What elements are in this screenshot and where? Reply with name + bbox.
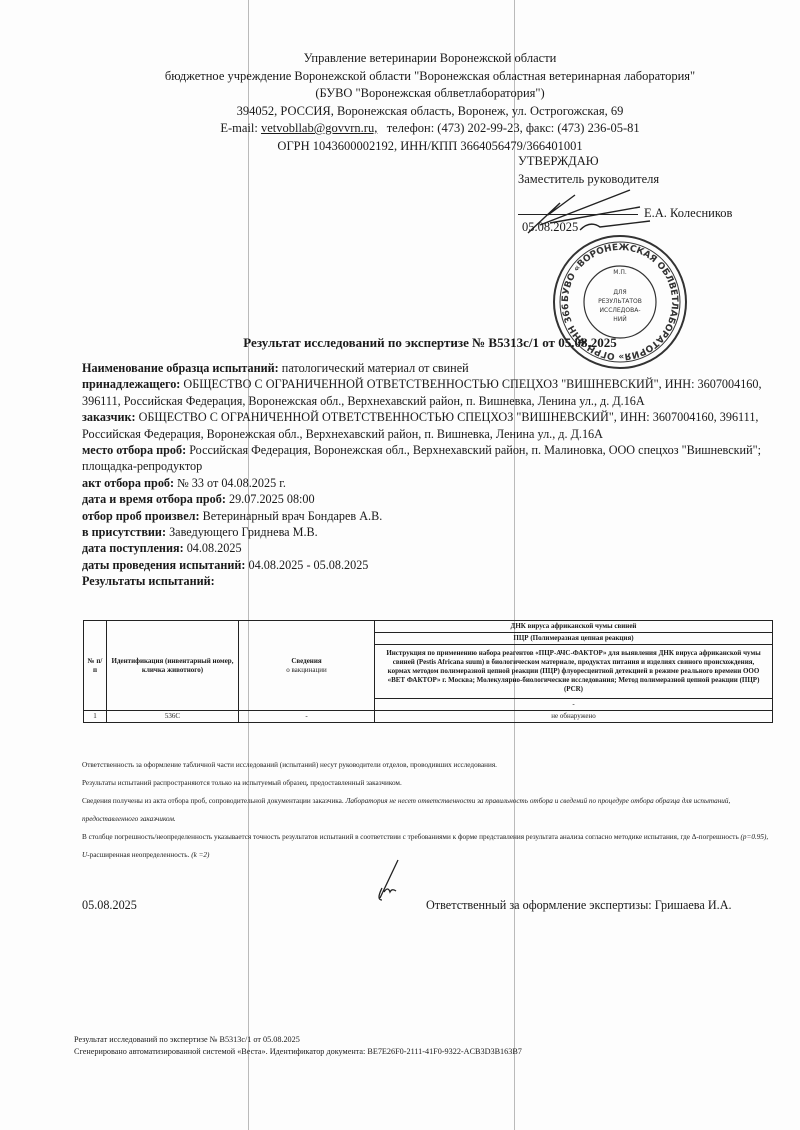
- signature-icon: [520, 185, 660, 235]
- official-stamp-icon: БУВО «ВОРОНЕЖСКАЯ ОБЛВЕТЛАБОРАТОРИЯ» ОГР…: [550, 232, 690, 372]
- phone-fax: телефон: (473) 202-99-23, факс: (473) 23…: [387, 121, 640, 135]
- note-uncertainty: В столбце погрешность/неопределенность у…: [82, 828, 772, 864]
- cell-num: 1: [84, 711, 107, 723]
- cell-vaccination: -: [239, 711, 375, 723]
- header-line-2: бюджетное учреждение Воронежской области…: [100, 68, 760, 86]
- results-table: № п/п Идентификация (инвентарный номер, …: [83, 620, 773, 723]
- svg-text:РЕЗУЛЬТАТОВ: РЕЗУЛЬТАТОВ: [598, 298, 642, 305]
- field-test-dates: даты проведения испытаний: 04.08.2025 - …: [82, 557, 772, 573]
- field-received-date: дата поступления: 04.08.2025: [82, 540, 772, 556]
- email-link[interactable]: vetvobllab@govvrn.ru,: [261, 121, 377, 135]
- document-page: Управление ветеринарии Воронежской облас…: [0, 0, 800, 1130]
- svg-text:М.П.: М.П.: [613, 269, 627, 276]
- header-norm: -: [375, 699, 773, 711]
- header-address: 394052, РОССИЯ, Воронежская область, Вор…: [100, 103, 760, 121]
- sample-details: Наименование образца испытаний: патологи…: [82, 360, 772, 590]
- field-sampling-act: акт отбора проб: № 33 от 04.08.2025 г.: [82, 475, 772, 491]
- document-title: Результат исследований по экспертизе № B…: [100, 335, 760, 351]
- header-num: № п/п: [84, 621, 107, 711]
- email-label: E-mail:: [220, 121, 258, 135]
- approval-label: УТВЕРЖДАЮ: [518, 152, 659, 170]
- header-method: ПЦР (Полимеразная цепная реакция): [375, 633, 773, 645]
- svg-text:НИЙ: НИЙ: [613, 316, 627, 323]
- gen-line-1: Результат исследований по экспертизе № B…: [74, 1034, 522, 1046]
- cell-id: 536C: [107, 711, 239, 723]
- field-sample-name: Наименование образца испытаний: патологи…: [82, 360, 772, 376]
- header-indicator: ДНК вируса африканской чумы свиней: [375, 621, 773, 633]
- header-vaccination: Сведенияо вакцинации: [239, 621, 375, 711]
- svg-text:ДЛЯ: ДЛЯ: [613, 289, 626, 296]
- header-identification: Идентификация (инвентарный номер, кличка…: [107, 621, 239, 711]
- table-row: 1 536C - не обнаружено: [84, 711, 773, 723]
- note-responsibility: Ответственность за оформление табличной …: [82, 756, 772, 774]
- note-scope: Результаты испытаний распространяются то…: [82, 774, 772, 792]
- field-in-presence: в присутствии: Заведующего Гриднева М.В.: [82, 524, 772, 540]
- responsible-signature-icon: [368, 858, 418, 903]
- responsible-person: Ответственный за оформление экспертизы: …: [426, 898, 732, 913]
- approval-block: УТВЕРЖДАЮ Заместитель руководителя Е.А. …: [518, 152, 659, 188]
- field-results-heading: Результаты испытаний:: [82, 573, 772, 589]
- field-owner: принадлежащего: ОБЩЕСТВО С ОГРАНИЧЕННОЙ …: [82, 376, 772, 409]
- header-contacts: E-mail: vetvobllab@govvrn.ru, телефон: (…: [100, 120, 760, 138]
- header-method-document: Инструкция по применению набора реагенто…: [375, 645, 773, 699]
- field-sampled-by: отбор проб произвел: Ветеринарный врач Б…: [82, 508, 772, 524]
- header-line-1: Управление ветеринарии Воронежской облас…: [100, 50, 760, 68]
- note-source: Сведения получены из акта отбора проб, с…: [82, 792, 772, 828]
- generation-info: Результат исследований по экспертизе № B…: [74, 1034, 522, 1058]
- cell-result: не обнаружено: [375, 711, 773, 723]
- letterhead: Управление ветеринарии Воронежской облас…: [100, 50, 760, 155]
- field-customer: заказчик: ОБЩЕСТВО С ОГРАНИЧЕННОЙ ОТВЕТС…: [82, 409, 772, 442]
- footer-date: 05.08.2025: [82, 898, 137, 913]
- header-registration: ОГРН 1043600002192, ИНН/КПП 3664056479/3…: [100, 138, 760, 156]
- field-sampling-datetime: дата и время отбора проб: 29.07.2025 08:…: [82, 491, 772, 507]
- svg-text:ИССЛЕДОВА-: ИССЛЕДОВА-: [600, 307, 641, 314]
- header-line-3: (БУВО "Воронежская облветлаборатория"): [100, 85, 760, 103]
- notes: Ответственность за оформление табличной …: [82, 756, 772, 864]
- gen-line-2: Сгенерировано автоматизированной системо…: [74, 1046, 522, 1058]
- field-sampling-place: место отбора проб: Российская Федерация,…: [82, 442, 772, 475]
